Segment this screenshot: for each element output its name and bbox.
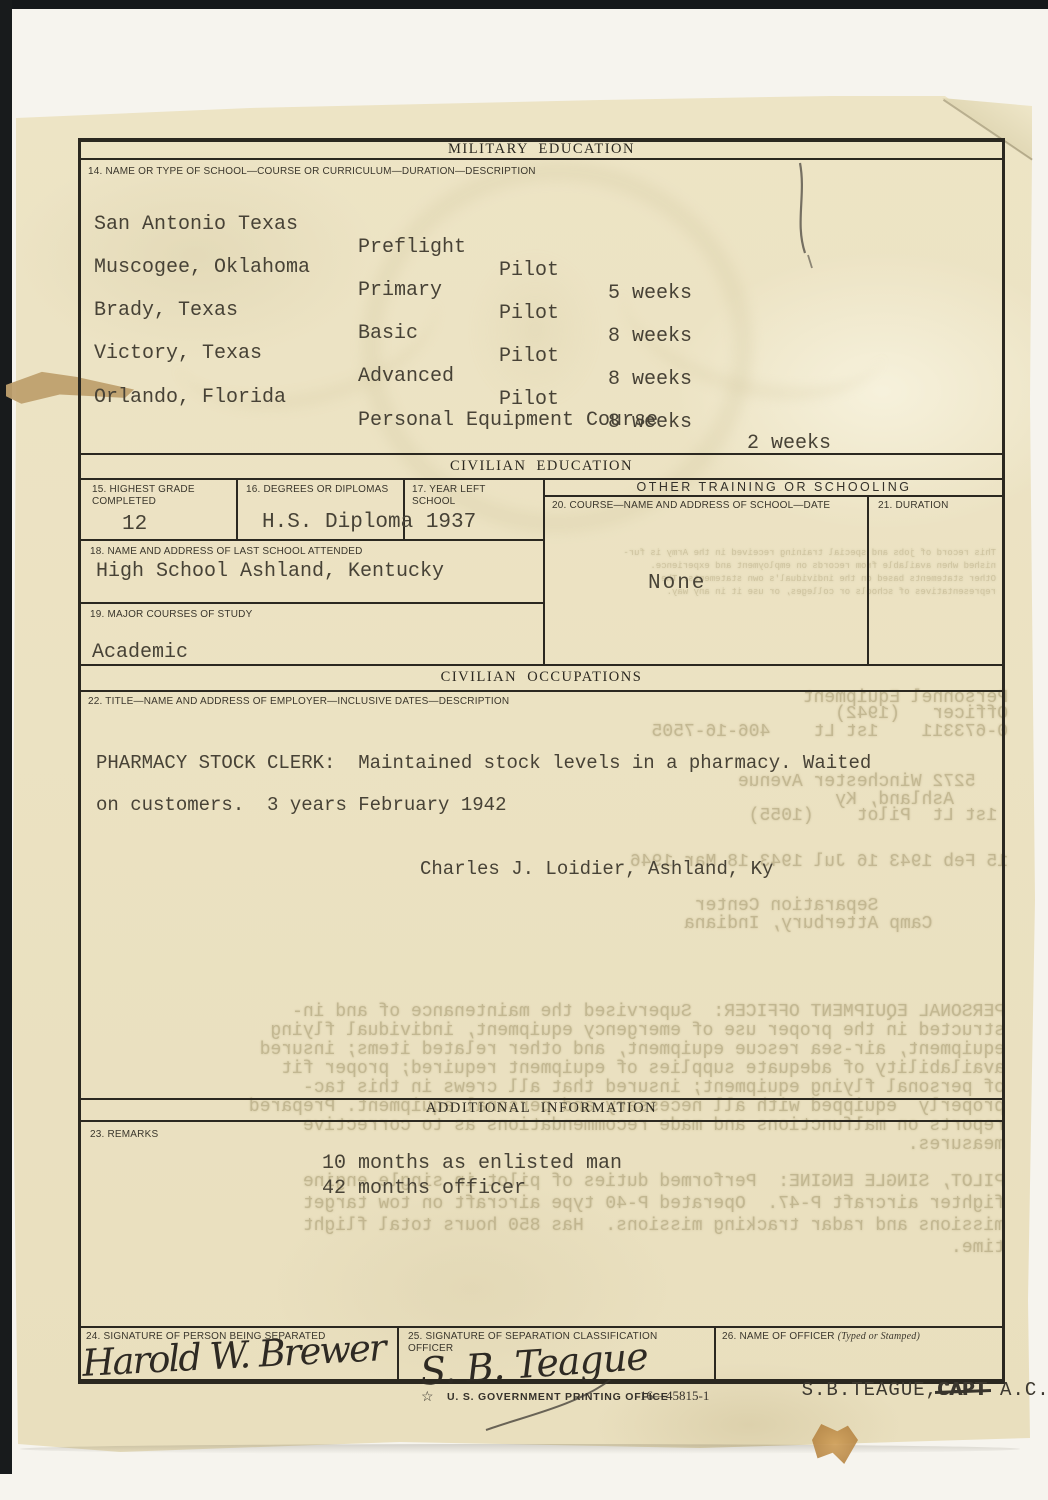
scanner-edge-top (0, 0, 1048, 9)
field20-value: None (648, 572, 706, 595)
military-row: Muscogee, Oklahoma Primary Pilot 8 weeks (94, 233, 974, 257)
civilian-occupations-title: CIVILIAN OCCUPATIONS (78, 669, 1005, 686)
field14-label: 14. NAME OR TYPE OF SCHOOL—COURSE OR CUR… (88, 166, 536, 178)
officer-name-part1: S.B.TEAGUE, (802, 1379, 938, 1401)
course-cell: Personal Equipment Course (358, 409, 658, 432)
school-cell: Victory, Texas (94, 342, 262, 365)
rule-civ-ed-bottom (78, 664, 1005, 666)
gpo-code: 16—45815-1 (640, 1388, 709, 1404)
school-cell: Orlando, Florida (94, 386, 286, 409)
rule-civ-occ-title-bottom (78, 690, 1005, 692)
rule-other-training-bottom (543, 495, 1005, 497)
rule-military-title-bottom (78, 158, 1005, 160)
gpo-star-icon: ☆ (421, 1388, 434, 1405)
additional-information-title: ADDITIONAL INFORMATION (78, 1100, 1005, 1117)
scanner-edge-left (0, 0, 12, 1474)
rule-military-bottom (78, 453, 1005, 455)
type-cell: Pilot (499, 388, 559, 411)
occupation-line-1: PHARMACY STOCK CLERK: Maintained stock l… (96, 752, 871, 774)
rule-25-26-divider (714, 1326, 716, 1384)
officer-name-struck: CAPT (938, 1379, 988, 1401)
rule-row18-bottom (78, 602, 543, 604)
occupation-line-2: on customers. 3 years February 1942 (96, 794, 506, 816)
occupation-line-3: Charles J. Loidier, Ashland, Ky (420, 858, 773, 880)
field19-label: 19. MAJOR COURSES OF STUDY (90, 609, 252, 621)
paper-shadow (20, 1444, 1020, 1454)
military-row: Orlando, Florida Personal Equipment Cour… (94, 363, 974, 387)
field21-label: 21. DURATION (878, 500, 949, 512)
signature-flourish (480, 1378, 640, 1433)
rule-20-21-divider (867, 495, 869, 664)
officer-name-stamp: S.B.TEAGUE,CAPT A.C. (752, 1357, 1048, 1423)
civilian-education-title: CIVILIAN EDUCATION (78, 458, 1005, 475)
field26-label: 26. NAME OF OFFICER (Typed or Stamped) (722, 1331, 1002, 1343)
field26-label-main: 26. NAME OF OFFICER (722, 1331, 838, 1342)
military-row: Victory, Texas Advanced Pilot 8 weeks (94, 319, 974, 343)
military-education-title: MILITARY EDUCATION (78, 141, 1005, 158)
field16-value: H.S. Diploma 1937 (262, 511, 476, 534)
other-training-title: OTHER TRAINING OR SCHOOLING (543, 480, 1005, 494)
field18-value: High School Ashland, Kentucky (96, 560, 444, 583)
rule-15-16-divider (236, 478, 238, 539)
rule-addl-title-bottom (78, 1120, 1005, 1122)
field16-label: 16. DEGREES OR DIPLOMAS (246, 484, 401, 496)
field23-label: 23. REMARKS (90, 1129, 158, 1141)
remarks-line-2: 42 months officer (322, 1177, 526, 1200)
rule-signature-top (78, 1326, 1005, 1328)
field22-label: 22. TITLE—NAME AND ADDRESS OF EMPLOYER—I… (88, 696, 509, 708)
military-row: Brady, Texas Basic Pilot 8 weeks (94, 276, 974, 300)
field15-label: 15. HIGHEST GRADE COMPLETED (92, 484, 217, 508)
remarks-line-1: 10 months as enlisted man (322, 1152, 622, 1175)
field26-label-note: (Typed or Stamped) (838, 1331, 920, 1342)
field15-value: 12 (122, 513, 147, 536)
field18-label: 18. NAME AND ADDRESS OF LAST SCHOOL ATTE… (90, 546, 363, 558)
field20-label: 20. COURSE—NAME AND ADDRESS OF SCHOOL—DA… (552, 500, 830, 512)
officer-name-part3: A.C. (988, 1379, 1048, 1401)
scanned-document: Personnel Equipment Officer (1942) 0-673… (0, 0, 1048, 1500)
gpo-office-text: U. S. GOVERNMENT PRINTING OFFICE (447, 1391, 669, 1403)
rule-ed-left-right-divider (543, 478, 545, 664)
duration-cell: 2 weeks (747, 432, 831, 455)
rule-24-25-divider (397, 1326, 399, 1384)
rule-row15-bottom (78, 539, 543, 541)
military-row: San Antonio Texas Preflight Pilot 5 week… (94, 190, 974, 214)
field19-value: Academic (92, 641, 188, 664)
field17-label: 17. YEAR LEFT SCHOOL (412, 484, 522, 508)
